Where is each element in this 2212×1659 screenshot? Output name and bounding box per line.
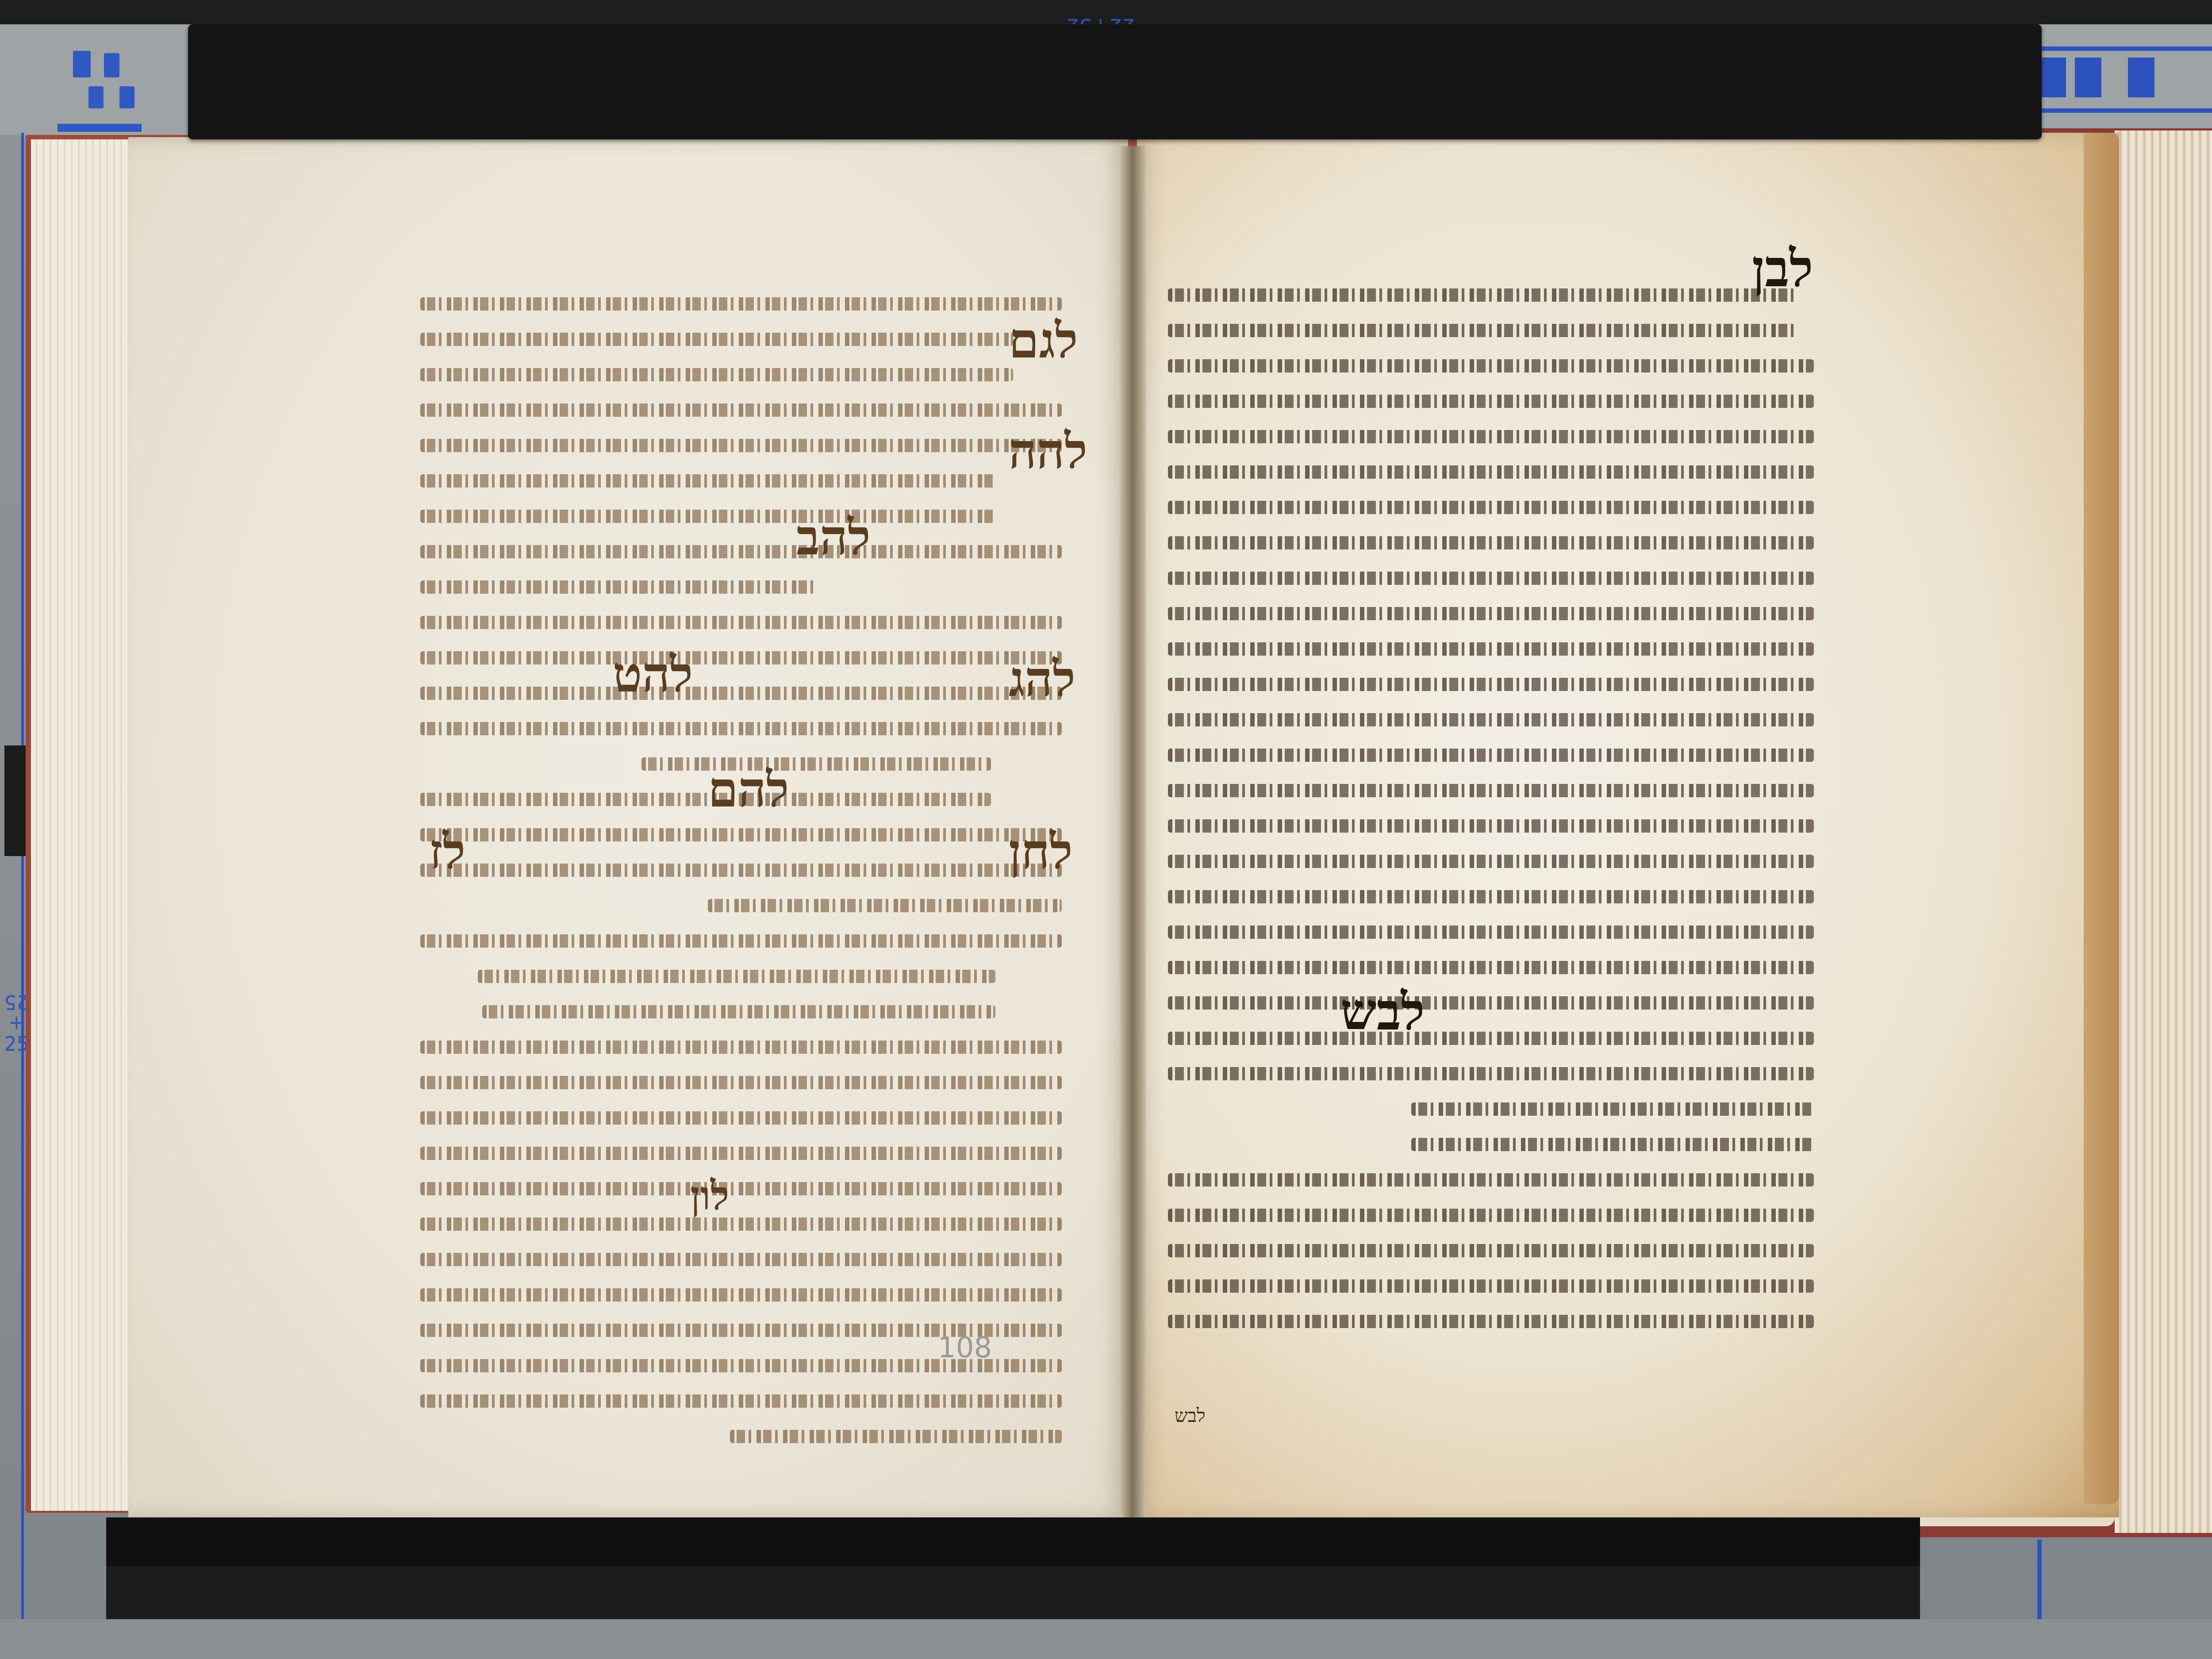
headword-lavan: לבן <box>1752 239 1813 299</box>
text-line <box>420 545 1062 566</box>
text-line <box>420 1147 1062 1168</box>
book-gutter <box>1119 146 1146 1517</box>
text-line <box>420 580 818 602</box>
text-line <box>1168 996 1814 1018</box>
text-line <box>420 722 1062 743</box>
text-line <box>1168 961 1814 982</box>
text-line <box>420 1394 1062 1416</box>
text-line <box>420 1076 1062 1097</box>
text-line <box>420 828 1062 849</box>
text-line <box>1168 926 1814 947</box>
text-line <box>478 970 995 991</box>
text-line <box>1168 1173 1814 1194</box>
scale-line-left <box>21 133 24 1659</box>
text-line <box>482 1005 995 1026</box>
headword-lagam: לגם <box>1009 312 1078 369</box>
headword-lahah: להה <box>1009 422 1087 480</box>
book-weight-bottom-shadow <box>106 1517 1920 1566</box>
text-line <box>420 403 1062 425</box>
text-line <box>420 1217 1062 1239</box>
text-line <box>1411 1102 1814 1124</box>
text-line <box>420 1041 1062 1062</box>
text-line <box>420 510 995 531</box>
calibration-strip-bottom <box>0 1619 2212 1659</box>
text-line <box>420 333 1013 354</box>
text-line <box>1168 1209 1814 1230</box>
text-line <box>420 474 995 495</box>
text-line <box>420 368 1013 389</box>
text-line <box>420 793 991 814</box>
text-line <box>420 616 1062 637</box>
left-page-text-block <box>420 292 1062 1465</box>
text-line <box>1168 536 1814 557</box>
text-line <box>1168 572 1814 593</box>
text-line <box>1168 642 1814 664</box>
headword-laham: להם <box>708 761 789 818</box>
text-line <box>1168 890 1814 911</box>
text-line <box>1411 1138 1814 1159</box>
text-line <box>420 1182 1062 1203</box>
text-line <box>1168 607 1814 628</box>
text-line <box>1168 713 1814 734</box>
text-line <box>1168 359 1814 380</box>
catchword: לבש <box>1175 1405 1206 1427</box>
text-line <box>420 1253 1062 1274</box>
text-line <box>420 439 1062 460</box>
text-line <box>420 1288 1062 1310</box>
text-line <box>1168 395 1814 416</box>
headword-lahat: להט <box>613 646 693 703</box>
text-line <box>1168 678 1814 699</box>
text-line <box>1168 1315 1814 1336</box>
text-line <box>1168 1067 1814 1088</box>
text-line <box>1168 1032 1814 1053</box>
text-line <box>708 899 1062 920</box>
page-edges-right <box>2115 131 2212 1533</box>
text-line <box>1168 784 1814 805</box>
text-line <box>1168 749 1814 770</box>
text-line <box>1168 324 1796 345</box>
text-line <box>1168 855 1814 876</box>
text-line <box>420 297 1062 319</box>
headword-lavash: לבש <box>1340 982 1425 1042</box>
text-line <box>420 687 1062 708</box>
text-line <box>1168 1279 1814 1301</box>
text-line <box>420 934 1062 956</box>
page-right-stained-edge <box>2084 133 2119 1504</box>
calibration-logo-icon <box>58 42 150 117</box>
headword-laz: לז <box>429 823 465 880</box>
text-line <box>1168 1244 1814 1265</box>
text-line <box>730 1430 1062 1451</box>
text-line <box>1168 501 1814 522</box>
headword-lahav: להב <box>796 509 871 566</box>
text-line <box>1168 465 1814 487</box>
text-line <box>420 864 1062 885</box>
text-line <box>420 1111 1062 1133</box>
headword-lun: לון <box>690 1172 729 1219</box>
text-line <box>420 651 1062 672</box>
book-weight-top <box>188 24 2042 139</box>
folio-number: 108 <box>938 1332 992 1364</box>
right-page-text-block <box>1168 283 1814 1350</box>
text-line <box>1168 430 1814 451</box>
headword-lahan: לחן <box>1009 823 1073 880</box>
text-line <box>1168 819 1814 841</box>
headword-lahag: להג <box>1009 650 1075 708</box>
text-line <box>1168 288 1796 310</box>
text-line <box>641 757 991 779</box>
